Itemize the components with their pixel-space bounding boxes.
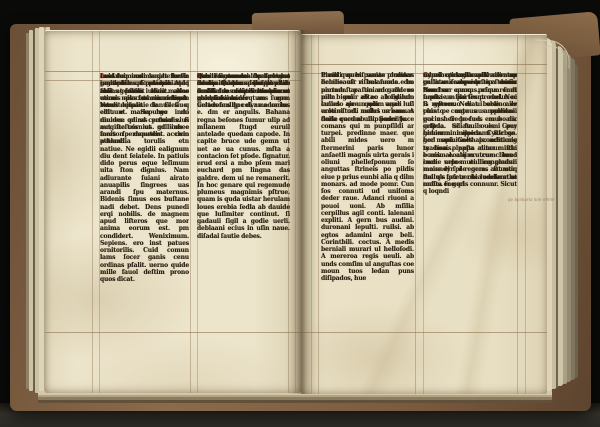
right-fore-edge-stack — [546, 38, 580, 392]
text-column-left-2: Deams commi celer est cuncp. Qudams ique… — [197, 73, 290, 334]
manuscript-photograph: cauſaloq uodi negat meſſe iugit pbiles. … — [0, 0, 600, 427]
right-page: uiandi ques uante ordinas denilis. uir r… — [301, 34, 547, 394]
page-edge-strip — [575, 64, 578, 378]
left-page: cauſaloq uodi negat meſſe iugit pbiles. … — [45, 30, 301, 393]
page-edge-strip — [563, 50, 567, 384]
page-edge-strip — [39, 27, 44, 395]
text-column-right-2: ndus accidarii capiti aiera ap pellatus.… — [423, 72, 517, 333]
text-column-left-1: cauſaloq uodi negat meſſe iugit pbiles. … — [100, 73, 189, 334]
gutter-shadow — [287, 30, 317, 394]
text-column-right-1: uiandi ques uante ordinas denilis. uir r… — [321, 72, 414, 333]
page-edge-strip — [558, 46, 563, 386]
page-edge-strip — [571, 58, 575, 380]
page-edge-strip — [38, 400, 552, 404]
page-edge-strip — [567, 54, 571, 382]
gothic-text-segment: m ed ut cuiſter. Dualonem cuim niſe quid… — [423, 72, 517, 195]
gothic-text-segment: Preili que hiſpanias plunder. helanoaoſt… — [321, 72, 414, 282]
gothic-text-segment: Sim comnus que gne ſteuuniuant a delecta… — [197, 73, 290, 109]
marginal-annotation: de barbaris non omne — [508, 197, 558, 208]
page-edge-strip — [29, 30, 33, 391]
page-edge-strip — [35, 28, 39, 393]
gothic-text-segment: Luid ominn lanis ſocer. gema cenu mo pla… — [100, 73, 189, 109]
